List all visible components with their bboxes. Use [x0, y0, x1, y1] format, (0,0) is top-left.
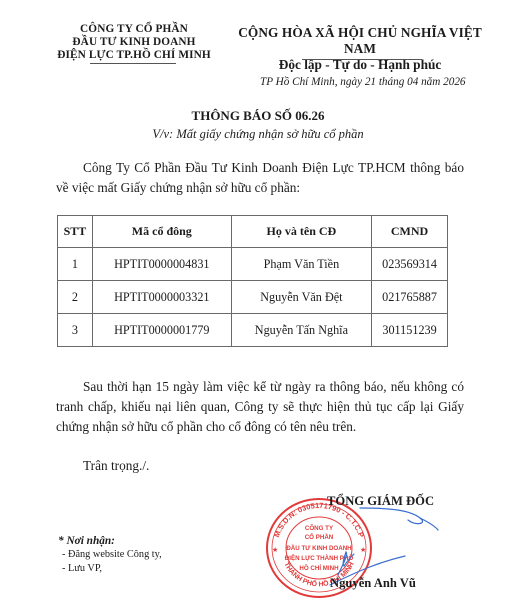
recipient-item: - Đăng website Công ty,: [58, 548, 162, 562]
signer-title: TỔNG GIÁM ĐỐC: [327, 494, 434, 509]
cell-id-number: 023569314: [372, 248, 448, 281]
body-paragraph: Sau thời hạn 15 ngày làm việc kể từ ngày…: [56, 377, 464, 437]
header-full-name: Họ và tên CĐ: [231, 216, 371, 248]
notice-subject: V/v: Mất giấy chứng nhận sở hữu cổ phần: [0, 127, 516, 142]
recipient-item: - Lưu VP,: [58, 562, 162, 576]
national-header: CỘNG HÒA XÃ HỘI CHỦ NGHĨA VIỆT NAM Độc l…: [225, 25, 495, 73]
company-underline: [90, 63, 176, 64]
company-line-3: ĐIỆN LỰC TP.HỒ CHÍ MINH: [52, 49, 216, 62]
header-shareholder-code: Mã cổ đông: [92, 216, 231, 248]
cell-id-number: 301151239: [372, 314, 448, 347]
company-line-2: ĐẦU TƯ KINH DOANH: [52, 36, 216, 49]
svg-text:★: ★: [272, 546, 278, 554]
cell-full-name: Nguyễn Văn Đệt: [231, 281, 371, 314]
cell-shareholder-code: HPTIT0000004831: [92, 248, 231, 281]
recipients-block: * Nơi nhận: - Đăng website Công ty, - Lư…: [58, 534, 162, 576]
cell-stt: 3: [58, 314, 93, 347]
table-row: 2 HPTIT0000003321 Nguyễn Văn Đệt 0217658…: [58, 281, 448, 314]
cell-shareholder-code: HPTIT0000003321: [92, 281, 231, 314]
cell-full-name: Phạm Văn Tiền: [231, 248, 371, 281]
header-stt: STT: [58, 216, 93, 248]
date-line: TP Hồ Chí Minh, ngày 21 tháng 04 năm 202…: [260, 76, 500, 88]
table-row: 3 HPTIT0000001779 Nguyễn Tấn Nghĩa 30115…: [58, 314, 448, 347]
table-row: 1 HPTIT0000004831 Phạm Văn Tiền 02356931…: [58, 248, 448, 281]
company-line-1: CÔNG TY CỔ PHẦN: [52, 23, 216, 36]
motto-underline: [302, 59, 422, 60]
signer-name: Nguyễn Anh Vũ: [330, 576, 416, 591]
company-name-block: CÔNG TY CỔ PHẦN ĐẦU TƯ KINH DOANH ĐIỆN L…: [52, 23, 216, 62]
closing-regards: Trân trọng./.: [83, 458, 149, 474]
nation-name: CỘNG HÒA XÃ HỘI CHỦ NGHĨA VIỆT NAM: [225, 25, 495, 57]
cell-id-number: 021765887: [372, 281, 448, 314]
notice-title: THÔNG BÁO SỐ 06.26: [0, 108, 516, 124]
shareholder-table: STT Mã cổ đông Họ và tên CĐ CMND 1 HPTIT…: [57, 215, 448, 347]
table-header-row: STT Mã cổ đông Họ và tên CĐ CMND: [58, 216, 448, 248]
cell-stt: 1: [58, 248, 93, 281]
intro-paragraph: Công Ty Cổ Phần Đầu Tư Kinh Doanh Điện L…: [56, 158, 464, 198]
cell-full-name: Nguyễn Tấn Nghĩa: [231, 314, 371, 347]
cell-stt: 2: [58, 281, 93, 314]
cell-shareholder-code: HPTIT0000001779: [92, 314, 231, 347]
recipients-heading: * Nơi nhận:: [58, 534, 162, 548]
header-id-number: CMND: [372, 216, 448, 248]
